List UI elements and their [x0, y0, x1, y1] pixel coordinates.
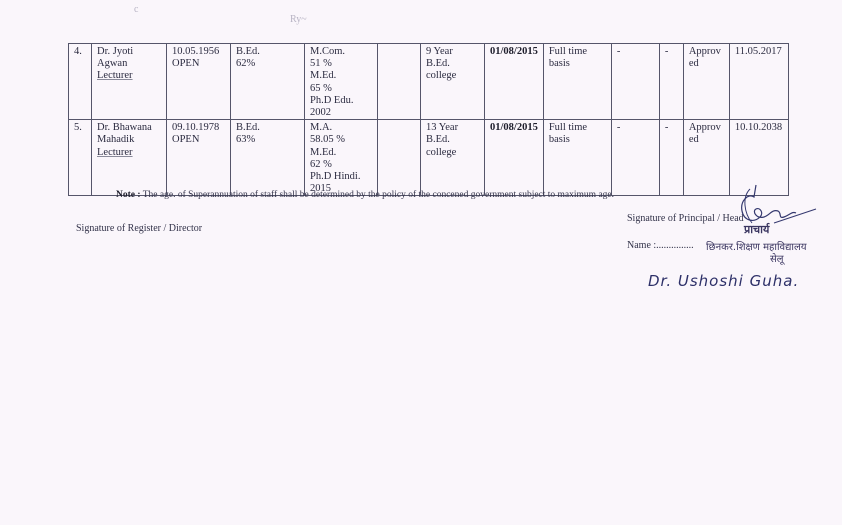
joining-date-cell: 01/08/2015 [485, 44, 544, 120]
stamp-college-name: छिनकर.शिक्षण महाविद्यालय [706, 239, 807, 253]
approval-line: Approv [689, 46, 724, 58]
dash-value: - [665, 122, 669, 133]
dob-category-cell: 09.10.1978 OPEN [167, 120, 231, 196]
col-a-cell: - [611, 120, 659, 196]
staff-name-line: Dr. Bhawana [97, 122, 161, 134]
appointment-nature-cell: Full time basis [543, 44, 611, 120]
staff-details-table: 4. Dr. Jyoti Agwan Lecturer 10.05.1956 O… [68, 43, 789, 196]
dob-category-cell: 10.05.1956 OPEN [167, 44, 231, 120]
retirement-date-cell: 11.05.2017 [729, 44, 788, 120]
appointment-line: basis [549, 134, 606, 146]
serial-number: 4. [74, 46, 82, 57]
blank-cell [378, 44, 421, 120]
experience-line: B.Ed. [426, 58, 479, 70]
col-b-cell: - [659, 44, 683, 120]
approval-line: ed [689, 134, 724, 146]
register-director-signature-label: Signature of Register / Director [76, 223, 202, 234]
staff-name-line: Mahadik [97, 134, 161, 146]
qualification-line: 62% [236, 58, 299, 70]
col-b-cell: - [659, 120, 683, 196]
retirement-date: 10.10.2038 [735, 122, 782, 133]
designation: Lecturer [97, 70, 161, 82]
experience-line: 9 Year [426, 46, 479, 58]
experience-cell: 9 Year B.Ed. college [421, 44, 485, 120]
academic-qualification-cell: M.Com. 51 % M.Ed. 65 % Ph.D Edu. 2002 [305, 44, 378, 120]
staff-name-line: Dr. Jyoti [97, 46, 161, 58]
scan-artifact-scribble: Ry~ [290, 14, 307, 25]
qualification-line: M.Com. [310, 46, 372, 58]
qualification-line: B.Ed. [236, 122, 299, 134]
superannuation-note: Note : The age. of Superannuation of sta… [116, 190, 614, 200]
dash-value: - [617, 46, 621, 57]
appointment-nature-cell: Full time basis [543, 120, 611, 196]
qualification-line: 2002 [310, 107, 372, 119]
name-field-label: Name :............... [627, 240, 694, 251]
note-label: Note : [116, 190, 141, 200]
table-row: 4. Dr. Jyoti Agwan Lecturer 10.05.1956 O… [69, 44, 789, 120]
professional-qualification-cell: B.Ed. 63% [231, 120, 305, 196]
approval-line: Approv [689, 122, 724, 134]
qualification-line: M.Ed. [310, 70, 372, 82]
serial-number: 5. [74, 122, 82, 133]
category: OPEN [172, 134, 225, 146]
qualification-line: M.Ed. [310, 147, 372, 159]
date-of-joining: 01/08/2015 [490, 122, 538, 133]
serial-cell: 4. [69, 44, 92, 120]
dash-value: - [665, 46, 669, 57]
date-of-birth: 10.05.1956 [172, 46, 225, 58]
qualification-line: 63% [236, 134, 299, 146]
name-cell: Dr. Bhawana Mahadik Lecturer [92, 120, 167, 196]
approval-cell: Approv ed [683, 120, 729, 196]
scan-artifact-mark: c [134, 4, 138, 15]
appointment-line: Full time [549, 122, 606, 134]
qualification-line: 62 % [310, 159, 372, 171]
experience-line: college [426, 70, 479, 82]
col-a-cell: - [611, 44, 659, 120]
experience-cell: 13 Year B.Ed. college [421, 120, 485, 196]
approval-line: ed [689, 58, 724, 70]
professional-qualification-cell: B.Ed. 62% [231, 44, 305, 120]
appointment-line: basis [549, 58, 606, 70]
handwritten-principal-name: Dr. Ushoshi Guha. [648, 272, 799, 290]
approval-cell: Approv ed [683, 44, 729, 120]
qualification-line: B.Ed. [236, 46, 299, 58]
qualification-line: 65 % [310, 83, 372, 95]
stamp-place-name: सेलू [770, 251, 784, 265]
retirement-date: 11.05.2017 [735, 46, 782, 57]
category: OPEN [172, 58, 225, 70]
qualification-line: Ph.D Edu. [310, 95, 372, 107]
dash-value: - [617, 122, 621, 133]
principal-head-signature-label: Signature of Principal / Head [627, 213, 744, 224]
table-row: 5. Dr. Bhawana Mahadik Lecturer 09.10.19… [69, 120, 789, 196]
joining-date-cell: 01/08/2015 [485, 120, 544, 196]
experience-line: college [426, 147, 479, 159]
stamp-principal-title: प्राचार्य [744, 222, 769, 237]
qualification-line: Ph.D Hindi. [310, 171, 372, 183]
designation: Lecturer [97, 147, 161, 159]
blank-cell [378, 120, 421, 196]
appointment-line: Full time [549, 46, 606, 58]
note-text: The age. of Superannuation of staff shal… [143, 190, 614, 200]
qualification-line: M.A. [310, 122, 372, 134]
experience-line: B.Ed. [426, 134, 479, 146]
experience-line: 13 Year [426, 122, 479, 134]
academic-qualification-cell: M.A. 58.05 % M.Ed. 62 % Ph.D Hindi. 2015 [305, 120, 378, 196]
qualification-line: 51 % [310, 58, 372, 70]
staff-name-line: Agwan [97, 58, 161, 70]
qualification-line: 58.05 % [310, 134, 372, 146]
name-cell: Dr. Jyoti Agwan Lecturer [92, 44, 167, 120]
date-of-joining: 01/08/2015 [490, 46, 538, 57]
date-of-birth: 09.10.1978 [172, 122, 225, 134]
serial-cell: 5. [69, 120, 92, 196]
